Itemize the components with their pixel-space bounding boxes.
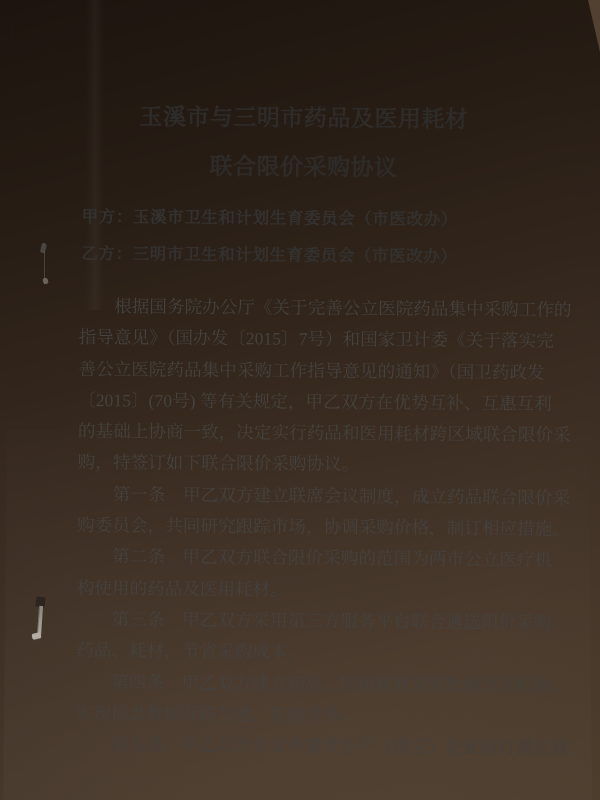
body-line: 第三条 甲乙双方采用第三方服务平台联合遴选限价采购	[76, 604, 556, 639]
body-line: 第一条 甲乙双方建立联席会议制度，成立药品联合限价采	[77, 479, 557, 514]
body-line: 实现信息数据互联互通，资源共享。	[76, 698, 556, 733]
body-line: 善公立医院药品集中采购工作指导意见的通知》（国卫药政发	[78, 354, 558, 389]
body-line: 第二条 甲乙双方联合限价采购的范围为两市公立医疗机	[77, 541, 557, 576]
document-body: 根据国务院办公厅《关于完善公立医院药品集中采购工作的 指导意见》（国办发〔201…	[75, 291, 559, 764]
document-title-line-1: 玉溪市与三明市药品及医用耗材	[41, 98, 566, 135]
body-line: 第五条 甲乙双方有义务要求生产（供应）企业同时满足双	[75, 729, 555, 764]
party-a-line: 甲方：玉溪市卫生和计划生育委员会（市医改办）	[82, 203, 458, 230]
body-line: 根据国务院办公厅《关于完善公立医院药品集中采购工作的	[79, 291, 559, 326]
body-line: 购，特签订如下联合限价采购协议。	[78, 447, 558, 482]
body-line: 的基础上协商一致，决定实行药品和医用耗材跨区域联合限价采	[78, 416, 558, 451]
body-line: 购委员会，共同研究跟踪市场，协调采购价格，制订相应措施。	[77, 510, 557, 545]
party-b-line: 乙方：三明市卫生和计划生育委员会（市医改办）	[81, 240, 457, 267]
photo-scene: 玉溪市与三明市药品及医用耗材 联合限价采购协议 甲方：玉溪市卫生和计划生育委员会…	[0, 0, 600, 800]
body-line: 药品、耗材，节省采购成本。	[76, 635, 556, 670]
document-page: 玉溪市与三明市药品及医用耗材 联合限价采购协议 甲方：玉溪市卫生和计划生育委员会…	[0, 0, 600, 800]
body-line: 〔2015〕(70号) 等有关规定，甲乙双方在优势互补、互惠互利	[78, 385, 558, 420]
body-line: 指导意见》（国办发〔2015〕7号）和国家卫计委《关于落实完	[79, 322, 559, 357]
ink-scratch-line	[44, 252, 45, 280]
body-line: 构使用的药品及医用耗材。	[77, 573, 557, 608]
document-content: 玉溪市与三明市药品及医用耗材 联合限价采购协议 甲方：玉溪市卫生和计划生育委员会…	[0, 0, 600, 800]
edge-ink-blob	[2, 19, 14, 46]
document-title-line-2: 联合限价采购协议	[41, 147, 566, 184]
body-line: 第四条 甲乙双方建立药品、医用耗材采购数据共享机制，	[76, 667, 556, 702]
desk-corner-highlight	[588, 0, 600, 52]
